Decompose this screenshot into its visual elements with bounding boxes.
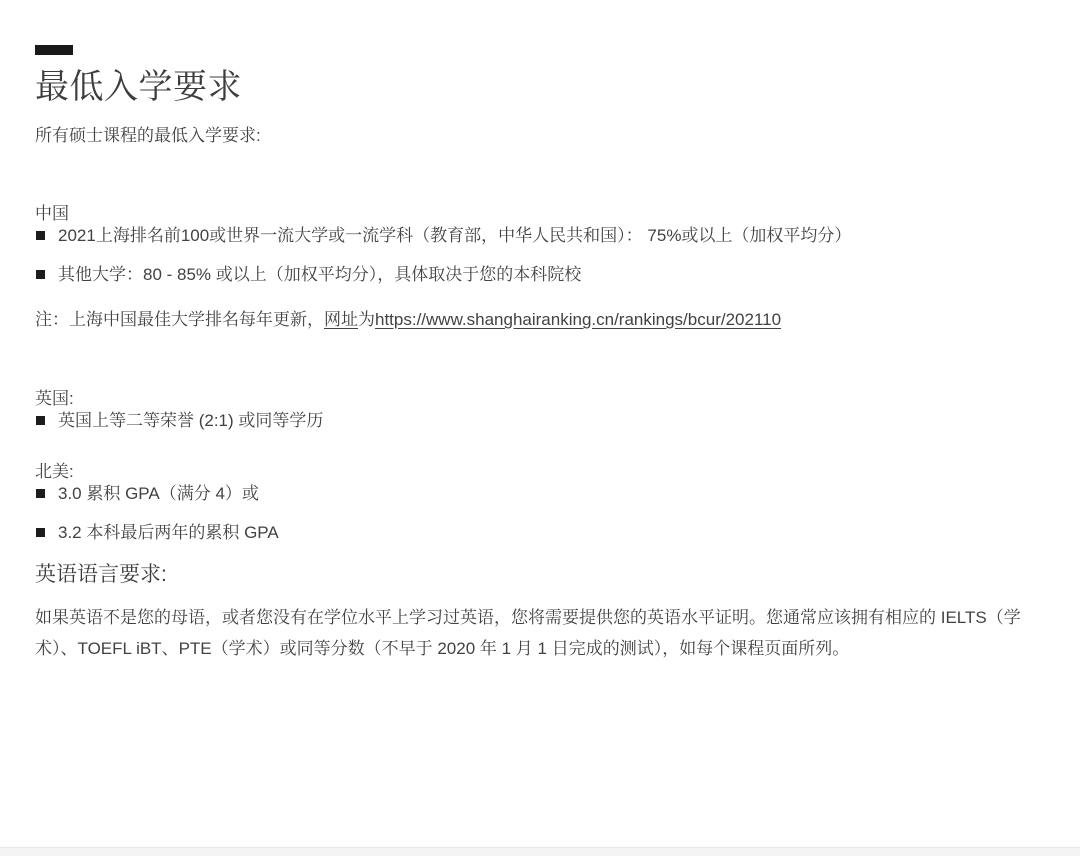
- list-item-text: 其他大学：80 - 85% 或以上（加权平均分），具体取决于您的本科院校: [58, 264, 581, 286]
- list-item-text: 3.2 本科最后两年的累积 GPA: [58, 522, 279, 544]
- ranking-note: 注：上海中国最佳大学排名每年更新，网址为https://www.shanghai…: [35, 309, 1045, 331]
- note-connector: 为: [358, 310, 375, 329]
- list-item-text: 2021上海排名前100或世界一流大学或一流学科（教育部，中华人民共和国）： 7…: [58, 225, 851, 247]
- shanghairanking-link[interactable]: https://www.shanghairanking.cn/rankings/…: [375, 310, 781, 329]
- square-bullet-icon: [36, 270, 45, 279]
- section-heading-north-america: 北美:: [35, 461, 1045, 483]
- list-item-text: 英国上等二等荣誉 (2:1) 或同等学历: [58, 410, 323, 432]
- content-area: 最低入学要求 所有硕士课程的最低入学要求: 中国 2021上海排名前100或世界…: [0, 0, 1080, 665]
- square-bullet-icon: [36, 528, 45, 537]
- list-item-text: 3.0 累积 GPA（满分 4）或: [58, 483, 259, 505]
- section-heading-china: 中国: [35, 203, 1045, 225]
- heading-accent-bar: [35, 45, 73, 55]
- list-item: 其他大学：80 - 85% 或以上（加权平均分），具体取决于您的本科院校: [35, 264, 1045, 286]
- list-item: 2021上海排名前100或世界一流大学或一流学科（教育部，中华人民共和国）： 7…: [35, 225, 1045, 247]
- english-requirements-heading: 英语语言要求:: [35, 561, 1045, 588]
- next-section-edge: [0, 847, 1080, 856]
- china-requirements-list: 2021上海排名前100或世界一流大学或一流学科（教育部，中华人民共和国）： 7…: [35, 225, 1045, 286]
- page-title: 最低入学要求: [35, 66, 1045, 109]
- english-requirements-paragraph: 如果英语不是您的母语，或者您没有在学位水平上学习过英语，您将需要提供您的英语水平…: [35, 602, 1045, 665]
- list-item: 3.2 本科最后两年的累积 GPA: [35, 522, 1045, 544]
- intro-text: 所有硕士课程的最低入学要求:: [35, 125, 1045, 147]
- north-america-requirements-list: 3.0 累积 GPA（满分 4）或 3.2 本科最后两年的累积 GPA: [35, 483, 1045, 544]
- uk-requirements-list: 英国上等二等荣誉 (2:1) 或同等学历: [35, 410, 1045, 432]
- list-item: 3.0 累积 GPA（满分 4）或: [35, 483, 1045, 505]
- list-item: 英国上等二等荣誉 (2:1) 或同等学历: [35, 410, 1045, 432]
- note-underlined-word: 网址: [324, 310, 358, 329]
- square-bullet-icon: [36, 416, 45, 425]
- square-bullet-icon: [36, 489, 45, 498]
- page: 最低入学要求 所有硕士课程的最低入学要求: 中国 2021上海排名前100或世界…: [0, 0, 1080, 856]
- square-bullet-icon: [36, 231, 45, 240]
- section-heading-uk: 英国:: [35, 388, 1045, 410]
- note-prefix: 注：上海中国最佳大学排名每年更新，: [35, 310, 324, 329]
